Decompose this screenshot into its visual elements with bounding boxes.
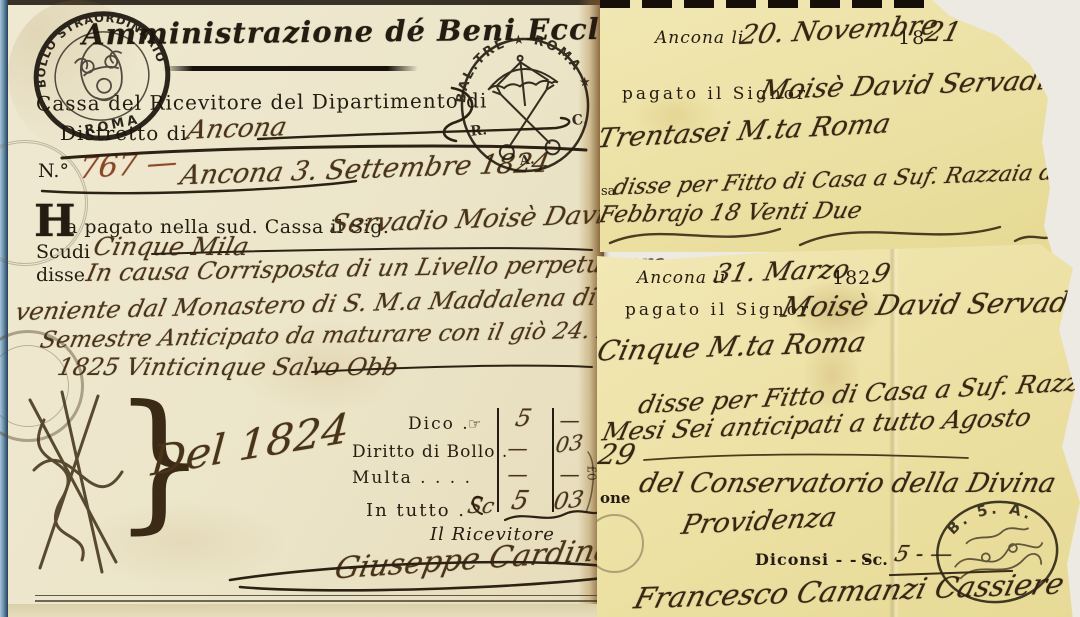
cause-line-3: 29 <box>595 438 639 471</box>
bottom-hairline <box>35 600 597 602</box>
distretto-value: Ancona <box>184 112 289 145</box>
year-printed: 182 <box>832 267 871 289</box>
amount-line: Trentasei M.ta Roma <box>595 108 894 154</box>
scudi-label: Scudi <box>36 241 90 263</box>
crossed-keys-icon <box>492 81 561 160</box>
line-flourish <box>642 450 972 464</box>
stamp-bal-tre: BAL.TRE ★ ROMA ★ R. C. A. <box>445 27 605 183</box>
hand-symbol: ☞ <box>468 415 481 433</box>
scanned-documents: Amministrazione dé Beni Ecclesiastici Ca… <box>0 0 1080 617</box>
faint-stamp-inner <box>0 345 69 427</box>
diconsi-label: Diconsi - - - <box>755 550 872 569</box>
table-row-dico-label: Dico . <box>408 414 470 434</box>
table-rule-1 <box>497 408 499 512</box>
stamp-oval: B. 5. A. <box>920 482 1074 617</box>
table-row-bollo-label: Diritto di Bollo . <box>352 442 508 462</box>
payer-name: Moisè David Servadio <box>757 65 1066 106</box>
intutto-symbol: Sc <box>465 494 496 518</box>
papal-umbrella-icon <box>485 52 560 110</box>
sc-label: Sc. <box>861 550 888 569</box>
beneficiary-line-2: Providenza <box>679 502 840 541</box>
number-label: N.° <box>38 160 69 182</box>
bottom-hairline <box>35 595 597 596</box>
receipt-1821-paper: Ancona li 20. Novembre 18 21 pagato il S… <box>600 0 1068 252</box>
printed-fragment: one <box>600 489 630 507</box>
title-rule <box>162 66 418 71</box>
table-row-intutto-label: In tutto . <box>366 500 466 521</box>
cause-line-1: disse per Fitto di Casa a Suf. Razzaia d… <box>611 156 1080 200</box>
amount-line: Cinque M.ta Roma <box>594 325 869 367</box>
bal-tre-right-letter: C. <box>571 112 588 130</box>
cut-flourishes <box>600 205 1060 252</box>
paper-fold-strip <box>8 604 604 617</box>
bal-tre-bottom-letter: A. <box>518 152 535 169</box>
number-value: 767 — <box>78 145 179 187</box>
stamp-emblem-scribble <box>951 525 1046 580</box>
year-value: 21 <box>922 17 964 48</box>
place-label: Ancona li <box>655 28 744 48</box>
intutto-col2: 03 <box>552 487 586 516</box>
table-row-multa-label: Multa . . . . <box>352 468 472 488</box>
cause-line-4: 1825 Vinticinque Salvo Obb <box>55 353 401 381</box>
edge-fragment: £0 <box>585 465 599 480</box>
receipt-1829-paper: Ancona li 31. Marzo 182 9 pagato il Sign… <box>597 242 1080 617</box>
disse-label: disse <box>36 264 85 286</box>
payer-name: Moisè David Servadio <box>778 285 1080 323</box>
bal-tre-left-letter: R. <box>470 122 488 140</box>
bollo-col2: 03 <box>554 430 584 457</box>
dashed-top-border <box>600 0 934 8</box>
coat-of-arms-icon <box>71 38 130 105</box>
